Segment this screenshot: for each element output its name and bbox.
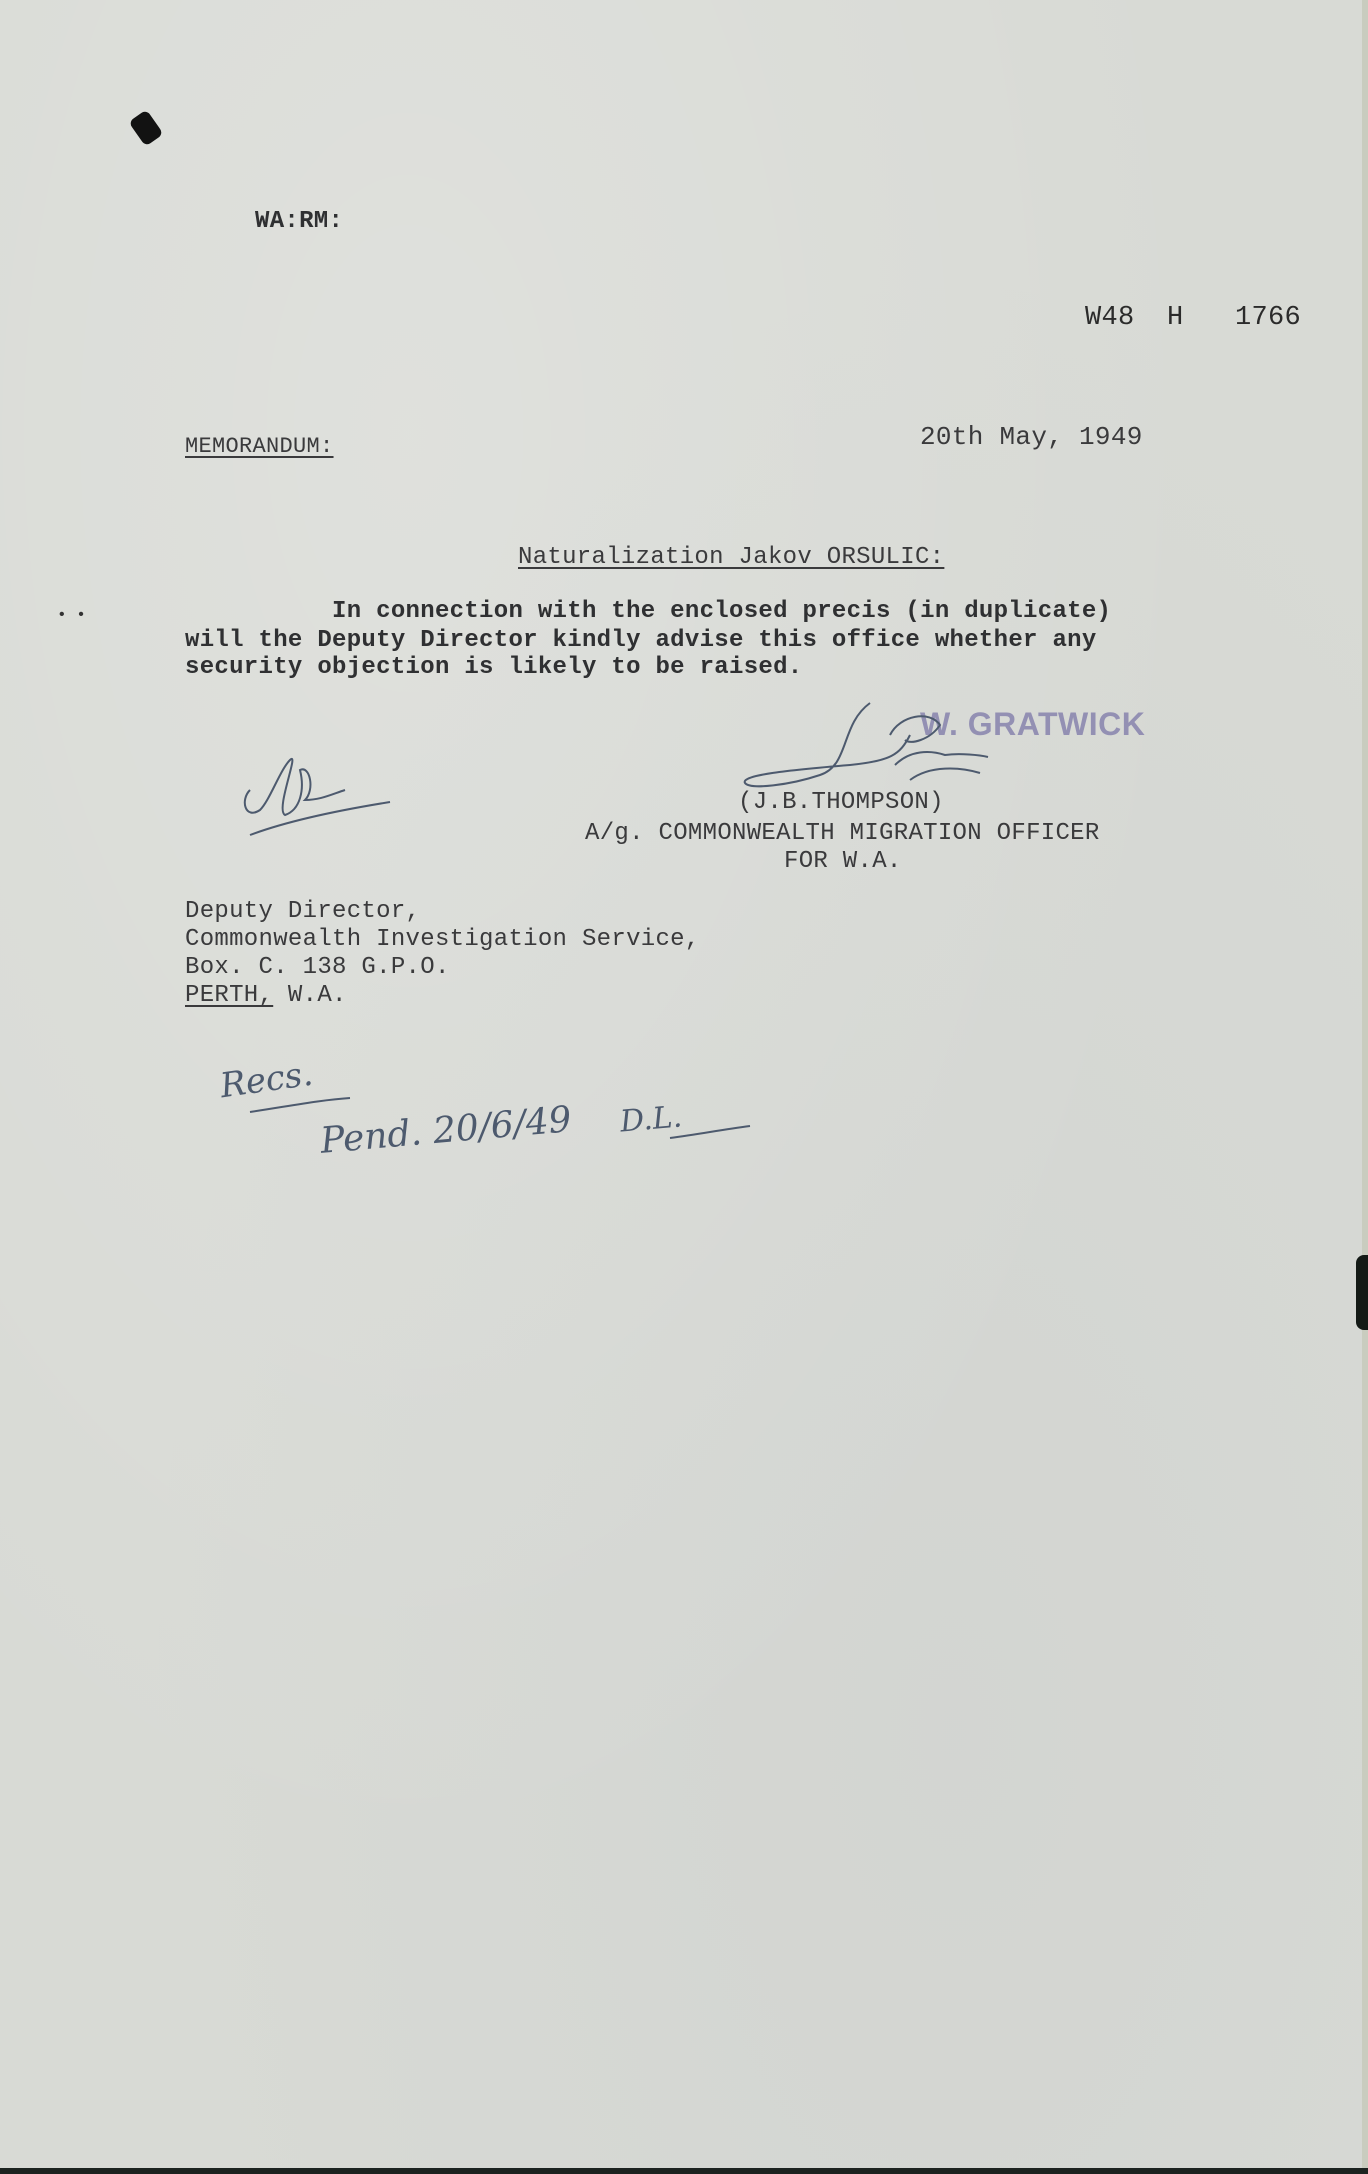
body-line-2: will the Deputy Director kindly advise t… (185, 629, 1097, 653)
addressee-line-2: Commonwealth Investigation Service, (185, 928, 700, 952)
memo-subject: Naturalization Jakov ORSULIC: (518, 546, 944, 570)
handwritten-underline-icon (250, 1100, 750, 1140)
signatory-title-line2: FOR W.A. (784, 850, 902, 874)
punch-hole-mark (128, 109, 163, 146)
margin-dots: • • (57, 606, 86, 624)
file-series: W48 (1085, 305, 1135, 332)
page-edge-tab (1356, 1255, 1368, 1330)
initials-scrawl-icon (230, 740, 410, 850)
page-right-edge (1362, 0, 1368, 2174)
addressee-city: PERTH, (185, 982, 273, 1009)
body-line-3: security objection is likely to be raise… (185, 656, 803, 680)
signatory-title: A/g. COMMONWEALTH MIGRATION OFFICER (585, 822, 1100, 846)
reference-initials: WA:RM: (255, 210, 343, 234)
document-page: • • WA:RM: W48 H 1766 MEMORANDUM: 20th M… (0, 0, 1362, 2168)
file-number: 1766 (1235, 305, 1301, 332)
addressee-state: W.A. (273, 982, 347, 1009)
memo-date: 20th May, 1949 (920, 424, 1143, 450)
page-bottom-edge (0, 2168, 1368, 2174)
handwritten-note-recs: Recs. (218, 1054, 316, 1107)
signatory-name: (J.B.THOMPSON) (738, 791, 944, 815)
addressee-city-line: PERTH, W.A. (185, 984, 347, 1008)
file-prefix: H (1167, 305, 1184, 332)
addressee-line-1: Deputy Director, (185, 900, 420, 924)
body-line-1: In connection with the enclosed precis (… (185, 600, 1111, 624)
memo-heading: MEMORANDUM: (185, 436, 334, 458)
addressee-line-3: Box. C. 138 G.P.O. (185, 956, 450, 980)
